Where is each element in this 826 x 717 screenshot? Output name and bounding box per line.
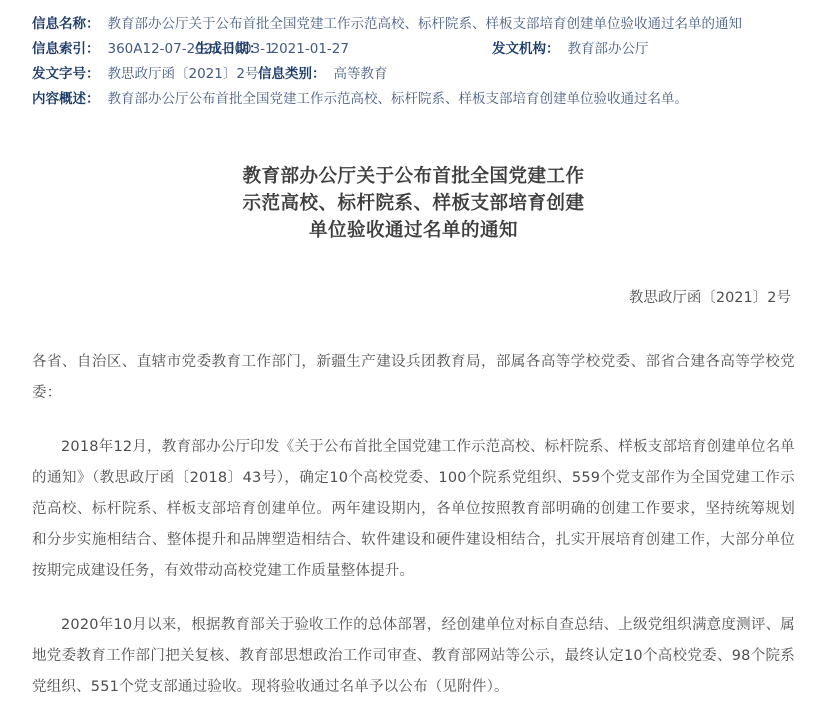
page-title: 教育部办公厅关于公布首批全国党建工作 示范高校、标杆院系、样板支部培育创建 单位… (32, 163, 795, 244)
issuing-org-pair: 发文机构： 教育部办公厅 (492, 37, 649, 62)
metadata-block: 信息名称： 教育部办公厅关于公布首批全国党建工作示范高校、标杆院系、样板支部培育… (32, 12, 795, 112)
body-paragraph-1: 2018年12月，教育部办公厅印发《关于公布首批全国党建工作示范高校、标杆院系、… (32, 432, 795, 587)
salutation-paragraph: 各省、自治区、直辖市党委教育工作部门，新疆生产建设兵团教育局，部属各高等学校党委… (32, 347, 795, 409)
generate-date-pair: 生成日期： 2021-01-27 (195, 37, 492, 62)
meta-row-index: 信息索引： 360A12-07-2021-0003-1 生成日期： 2021-0… (32, 37, 795, 62)
info-category-value: 高等教育 (334, 62, 388, 87)
content-summary-label: 内容概述： (32, 87, 100, 112)
page-title-line-2: 示范高校、标杆院系、样板支部培育创建 (32, 190, 795, 217)
meta-row-summary: 内容概述： 教育部办公厅公布首批全国党建工作示范高校、标杆院系、样板支部培育创建… (32, 87, 795, 112)
issuing-org-label: 发文机构： (492, 37, 560, 62)
page-title-line-1: 教育部办公厅关于公布首批全国党建工作 (32, 163, 795, 190)
content-summary-value: 教育部办公厅公布首批全国党建工作示范高校、标杆院系、样板支部培育创建单位验收通过… (108, 87, 689, 112)
generate-date-label: 生成日期： (195, 37, 263, 62)
info-index-label: 信息索引： (32, 37, 100, 62)
body-paragraph-2: 2020年10月以来，根据教育部关于验收工作的总体部署，经创建单位对标自查总结、… (32, 610, 795, 703)
meta-row-name: 信息名称： 教育部办公厅关于公布首批全国党建工作示范高校、标杆院系、样板支部培育… (32, 12, 795, 37)
meta-row-docnum: 发文字号： 教思政厅函〔2021〕2号 信息类别： 高等教育 (32, 62, 795, 87)
document-page: 信息名称： 教育部办公厅关于公布首批全国党建工作示范高校、标杆院系、样板支部培育… (0, 0, 826, 717)
doc-number-pair: 发文字号： 教思政厅函〔2021〕2号 (32, 62, 258, 87)
document-body: 各省、自治区、直辖市党委教育工作部门，新疆生产建设兵团教育局，部属各高等学校党委… (32, 347, 795, 703)
issuing-org-value: 教育部办公厅 (568, 37, 649, 62)
doc-number-value: 教思政厅函〔2021〕2号 (108, 62, 259, 87)
document-reference-number: 教思政厅函〔2021〕2号 (32, 289, 795, 307)
info-category-pair: 信息类别： 高等教育 (258, 62, 388, 87)
info-index-pair: 信息索引： 360A12-07-2021-0003-1 (32, 37, 195, 62)
info-name-value: 教育部办公厅关于公布首批全国党建工作示范高校、标杆院系、样板支部培育创建单位验收… (108, 12, 743, 37)
doc-number-label: 发文字号： (32, 62, 100, 87)
generate-date-value: 2021-01-27 (271, 37, 349, 62)
info-name-label: 信息名称： (32, 12, 100, 37)
page-title-line-3: 单位验收通过名单的通知 (32, 217, 795, 244)
info-category-label: 信息类别： (258, 62, 326, 87)
